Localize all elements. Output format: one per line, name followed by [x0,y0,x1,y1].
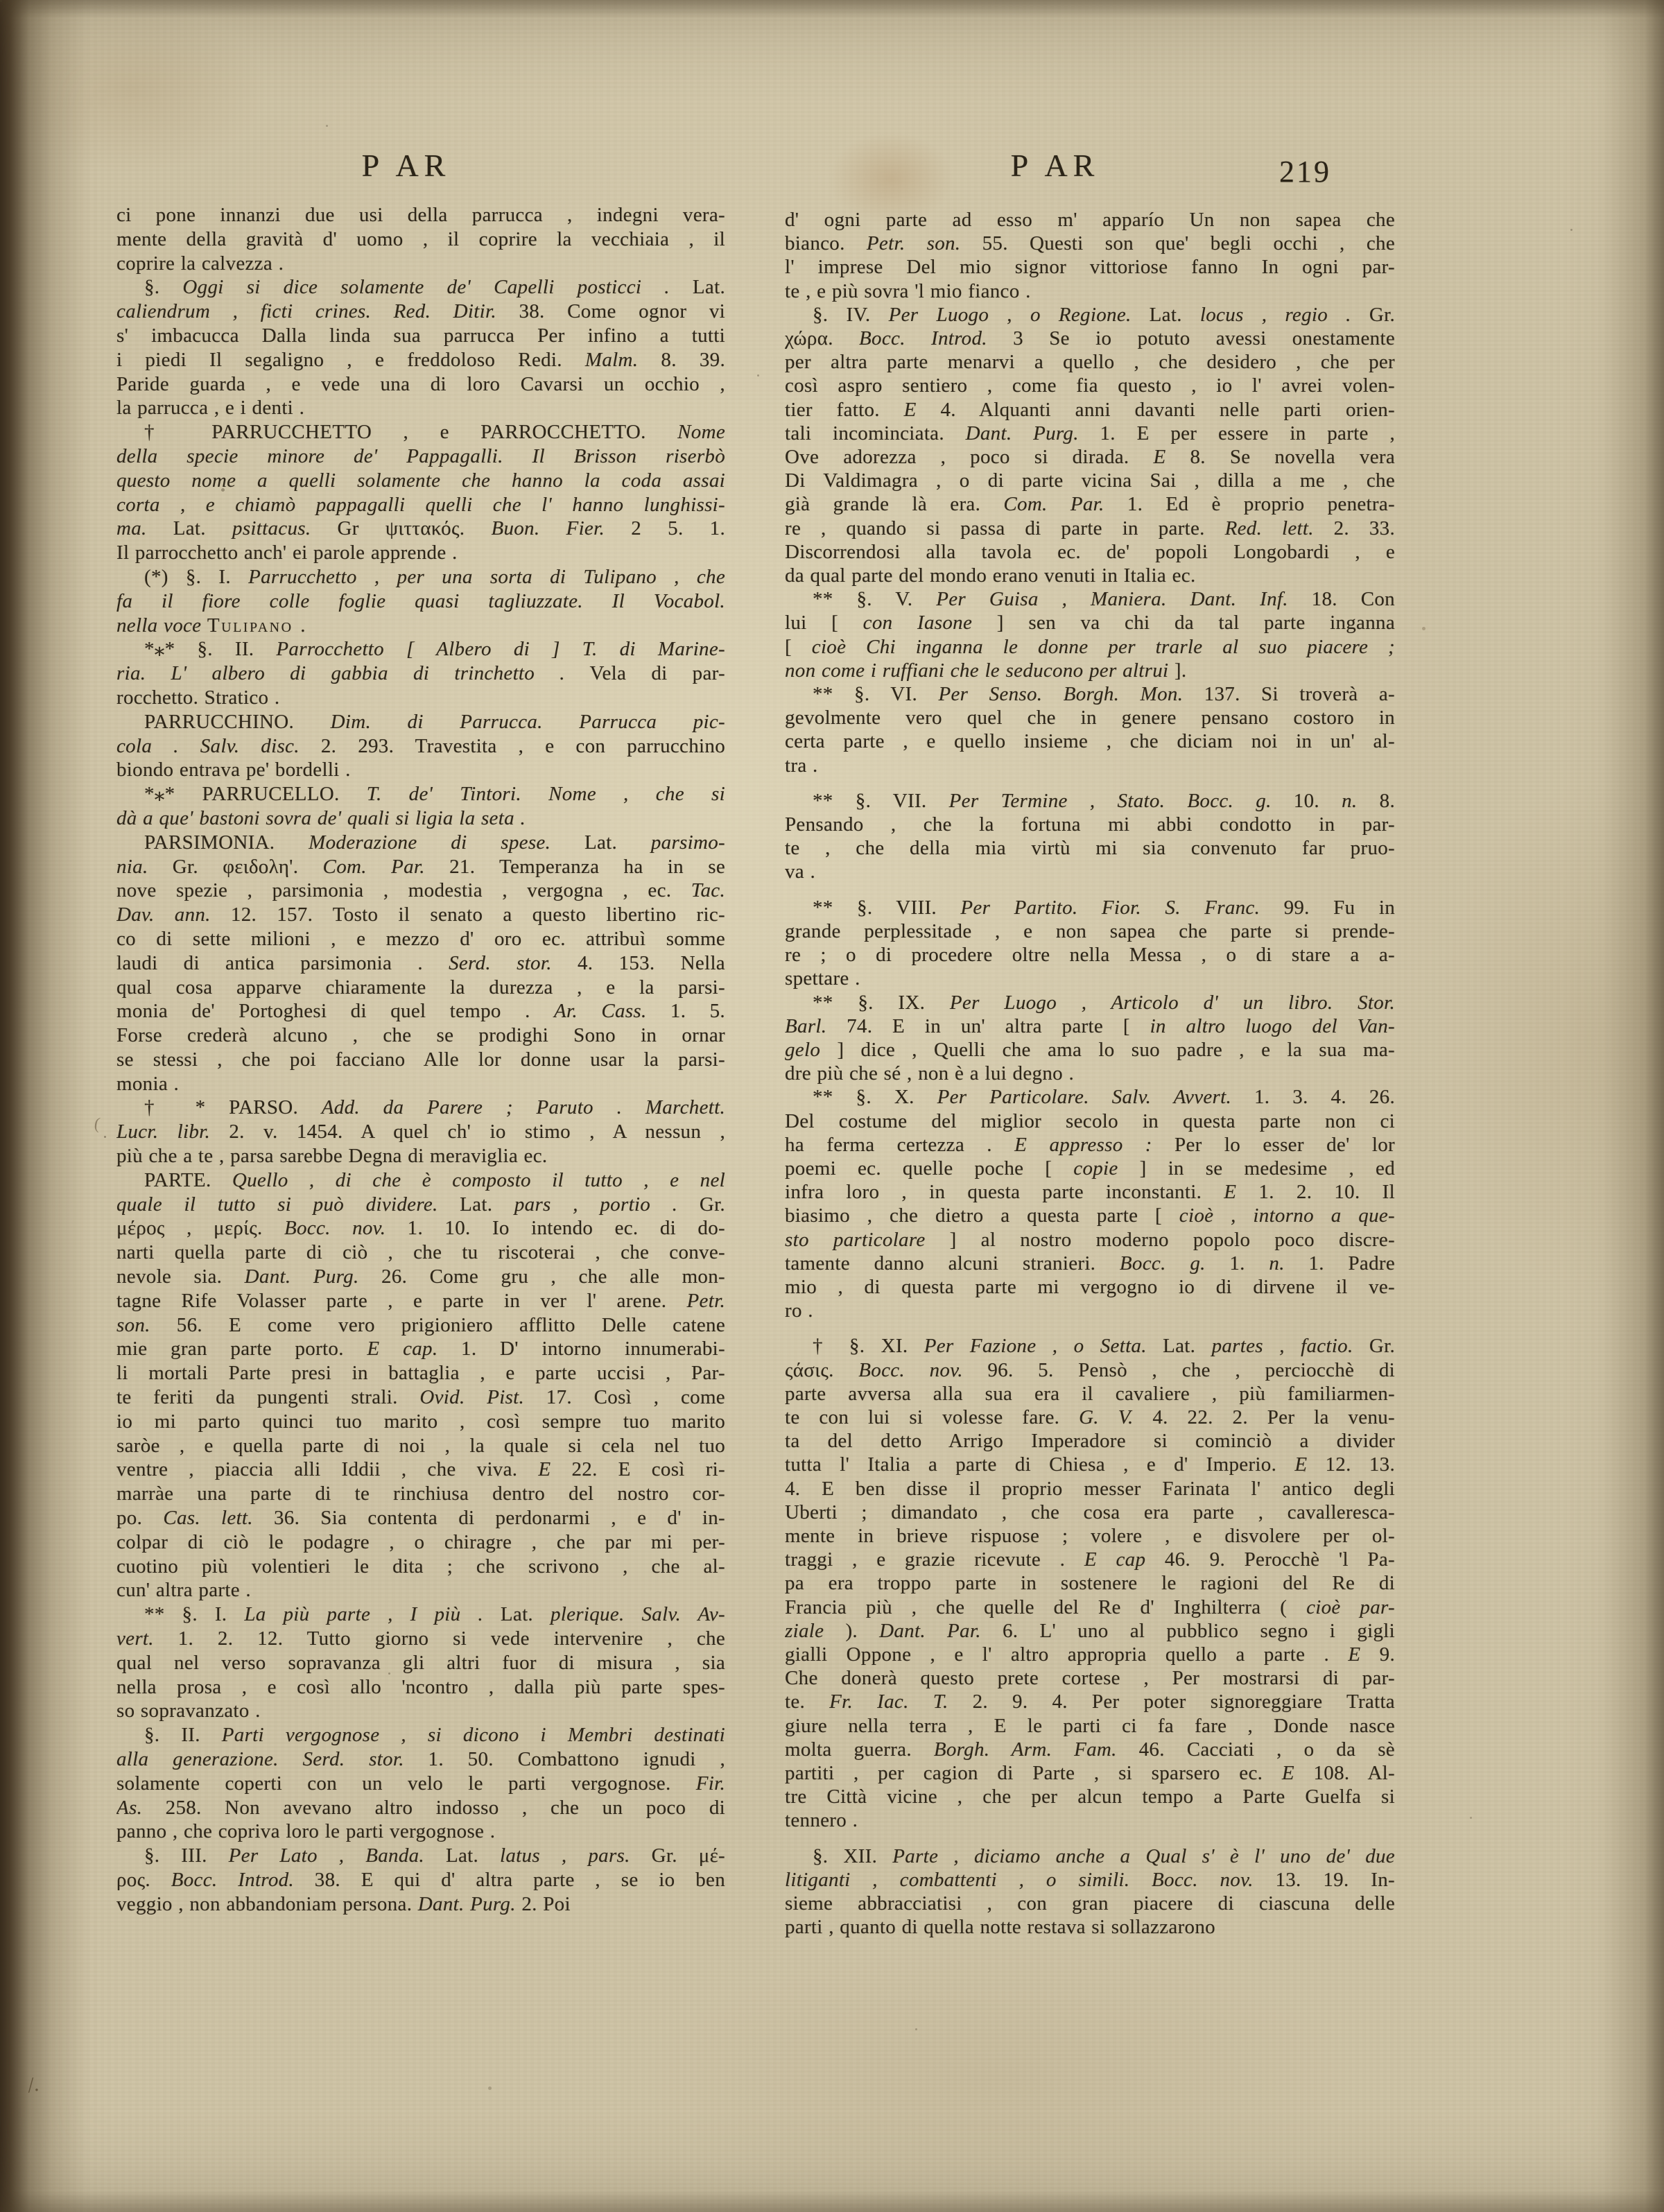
text-run: po. [116,1507,163,1529]
text-run: s' imbacucca Dalla linda sua parrucca Pe… [116,325,725,347]
text-run: Del costume del miglior secolo in questa… [785,1110,1395,1132]
text-run: Per Particolare. Salv. Avvert. [937,1086,1231,1108]
text-run: Lat. [483,1603,551,1625]
text-line: PARSIMONIA. Moderazione di spese. Lat. p… [116,831,725,855]
text-run: Ar. Cass. [554,1000,646,1022]
text-line: nella voce Tulipano . [116,614,725,638]
text-line: parti , quanto di quella notte restava s… [785,1915,1395,1939]
text-run: Parrucchetto , per una sorta di Tulipano… [248,566,725,588]
text-run: i piedi Il segaligno , e freddoloso Redi… [116,349,585,371]
text-run: nove spezie , parsimonia , modestia , ve… [116,879,691,901]
text-run: narti quella parte di ciò , che tu risco… [116,1241,725,1263]
text-line: *⁎* §. II. Parrocchetto [ Albero di ] T.… [116,637,725,662]
text-run: 46. Cacciati , o da sè [1117,1738,1395,1761]
text-run: Lat. [424,1844,500,1867]
text-run: ** §. VII. [813,790,949,812]
text-run: da qual parte del mondo erano venuti in … [785,564,1196,587]
text-line: io mi parto quinci tuo marito , così sem… [116,1410,725,1434]
text-line: tutta l' Italia a parte di Chiesa , e d'… [785,1453,1395,1476]
text-line: ventre , piaccia alli Iddii , che viva. … [116,1458,725,1482]
text-run: ** §. X. [813,1086,937,1108]
text-run: Bocc. Introd. [859,327,987,349]
text-line: ** §. I. La più parte , I più . Lat. ple… [116,1602,725,1627]
text-run: traggi , e grazie ricevute . [785,1548,1084,1571]
text-run: 38. Come ognor vi [496,300,725,322]
text-run: sto particolare [785,1229,926,1251]
text-run: PARRUCCHINO. [144,711,331,733]
text-line: co di sette milioni , e mezzo d' oro ec.… [116,927,725,951]
text-line: dre più che sé , non è a lui degno . [785,1062,1395,1085]
text-run: *⁎* PARRUCELLO. [144,783,367,805]
text-line: ha ferma certezza . E appresso : Per lo … [785,1133,1395,1157]
text-run: marràe una parte di te rinchiusa dentro … [116,1483,725,1505]
text-line: monia . [116,1072,725,1096]
text-run: li mortali Parte presi in battaglia , e … [116,1362,725,1384]
text-line: più che a te , parsa sarebbe Degna di me… [116,1144,725,1168]
text-run: Barl. [785,1015,826,1037]
text-line: alla generazione. Serd. stor. 1. 50. Com… [116,1747,725,1772]
text-run: Gr. φειδολη'. [148,856,323,878]
text-line: Discorrendosi alla tavola ec. de' popoli… [785,540,1395,564]
text-run: n. [1342,790,1357,812]
text-run: cola . Salv. disc. [116,735,300,757]
text-line: tagne Rife Volasser parte , e parte in v… [116,1289,725,1313]
text-line: grande perplessitade , e non sapea che p… [785,919,1395,943]
text-run: re ; o di procedere oltre nella Messa , … [785,944,1395,966]
text-line: litiganti , combattenti , o simili. Bocc… [785,1868,1395,1892]
text-run: re , quando si passa di parte in parte. [785,517,1225,539]
text-run: certa parte , e quello insieme , che dic… [785,730,1395,752]
text-run: §. IV. [813,304,889,326]
text-line: tier fatto. E 4. Alquanti anni davanti n… [785,398,1395,422]
text-run: Di Valdimagra , o di parte vicina Sai , … [785,469,1395,492]
text-line: coprire la calvezza . [116,252,725,276]
text-line: Uberti ; dimandato , che cosa era parte … [785,1501,1395,1524]
text-run: Nome [677,421,725,443]
text-line: μέρος , μερίς. Bocc. nov. 1. 10. Io inte… [116,1216,725,1241]
text-line: non come i ruffiani che le seducono per … [785,659,1395,682]
text-line: † §. XI. Per Fazione , o Setta. Lat. par… [785,1334,1395,1358]
text-run: 4. 153. Nella [552,952,725,974]
text-run: 96. 5. Pensò , che , perciocchè di [963,1359,1395,1381]
text-line: rocchetto. Stratico . [116,686,725,710]
text-run: 137. Si troverà a- [1183,683,1395,705]
text-run: mente della gravità d' uomo , il coprire… [116,228,725,250]
text-run: Francia più , che quelle del Re d' Inghi… [785,1596,1306,1618]
text-line: Forse crederà alcuno , che se prodighi S… [116,1023,725,1048]
text-run: ] sen va chi da tal parte inganna [972,612,1395,634]
text-line: spettare . [785,967,1395,990]
text-run: 1. 3. 4. 26. [1231,1086,1395,1108]
text-line: Ove adorezza , poco si dirada. E 8. Se n… [785,445,1395,469]
text-run: † PARRUCCHETTO , e PARROCCHETTO. [144,421,677,443]
text-run: Vela di par- [565,662,725,684]
text-line: biasimo , che dietro a questa parte [ ci… [785,1204,1395,1227]
text-line: ro . [785,1299,1395,1322]
text-line: po. Cas. lett. 36. Sia contenta di perdo… [116,1506,725,1530]
text-run: [ [785,636,812,658]
text-run: 2. v. 1454. A quel ch' io stimo , A ness… [210,1121,725,1143]
text-run: Lucr. libr. [116,1121,210,1143]
text-run: Dant. Purg. [418,1893,516,1915]
text-run: tutta l' Italia a parte di Chiesa , e d'… [785,1453,1294,1476]
text-line: da qual parte del mondo erano venuti in … [785,564,1395,587]
text-run: Per Partito. Fior. S. Franc. [960,897,1260,919]
text-line: mie gran parte porto. E cap. 1. D' intor… [116,1337,725,1361]
text-run: ** §. VIII. [813,897,960,919]
text-run: Lat. [551,831,651,854]
text-run: d' ogni parte ad esso m' apparío Un non … [785,209,1395,231]
text-line: questo nome a quelli solamente che hanno… [116,469,725,493]
text-line: va . [785,860,1395,883]
text-run: panno , che copriva loro le parti vergog… [116,1820,495,1842]
text-run: partes , factio. [1212,1335,1353,1357]
text-line: Lucr. libr. 2. v. 1454. A quel ch' io st… [116,1120,725,1144]
text-run: va . [785,861,815,883]
text-line: Dav. ann. 12. 157. Tosto il senato a que… [116,903,725,927]
text-line: PARTE. Quello , di che è composto il tut… [116,1168,725,1193]
text-run: cuotino più volentieri le dita ; che scr… [116,1555,725,1578]
text-run: 1. D' intorno innumerabi- [437,1338,725,1360]
text-line: d' ogni parte ad esso m' apparío Un non … [785,208,1395,232]
text-run: 17. Così , come [524,1386,725,1408]
text-line: nia. Gr. φειδολη'. Com. Par. 21. Tempera… [116,855,725,879]
text-run: 36. Sia contenta di perdonarmi , e d' in… [253,1507,725,1529]
text-run: *⁎* §. II. [144,638,276,660]
text-run: Serd. stor. [449,952,552,974]
text-run: della specie minore de' Pappagalli. Il B… [116,445,725,467]
text-run: G. V. [1079,1406,1133,1428]
text-line: veggio , non abbandoniam persona. Dant. … [116,1892,725,1917]
text-run: tier fatto. [785,399,904,421]
text-run: Per Termine , Stato. Bocc. g. [949,790,1272,812]
text-line: te. Fr. Iac. T. 2. 9. 4. Per poter signo… [785,1690,1395,1713]
text-run: 2 5. 1. [605,517,725,539]
text-run: §. XII. [813,1845,892,1867]
text-run: 46. 9. Perocchè 'l Pa- [1145,1548,1395,1571]
text-run: Dav. ann. [116,904,211,926]
text-run: 1. 2. 12. Tutto giorno si vede interveni… [154,1627,725,1650]
text-run: Gr. [1353,1335,1396,1357]
text-run: 3 Se io potuto avessi onestamente [987,327,1395,349]
text-run: E [538,1458,551,1480]
text-run: locus , regio . [1200,304,1351,326]
text-run: nella prosa , e così allo 'ncontro , dal… [116,1676,725,1698]
text-line: cun' altra parte . [116,1578,725,1602]
text-line: Del costume del miglior secolo in questa… [785,1109,1395,1133]
text-run: ria. L' albero di gabbia di trinchetto . [116,662,565,684]
running-head-right: P AR [958,147,1152,186]
text-run: Lat. [1147,1335,1212,1357]
text-run: dre più che sé , non è a lui degno . [785,1062,1074,1085]
text-run: 4. E ben disse il proprio messer Farinat… [785,1478,1395,1500]
text-run: Parte , diciamo anche a Qual s' è l' uno… [892,1845,1395,1867]
text-run: ]. [1168,659,1186,682]
text-run: rocchetto. Stratico . [116,686,279,709]
text-run: così aspro sentiero , come fia questo , … [785,374,1395,397]
text-run: Dant. Par. [879,1620,981,1642]
text-run: gevolmente vero quel che in genere pensa… [785,707,1395,729]
text-line: so sopravanzato . [116,1699,725,1723]
text-run: χώρα. [785,327,859,349]
text-line: son. 56. E come vero prigioniero afflitt… [116,1313,725,1338]
text-run: Moderazione di spese. [309,831,551,854]
text-line: † PARRUCCHETTO , e PARROCCHETTO. Nome [116,420,725,444]
text-run: cioè Chi inganna le donne per trarle al … [812,636,1395,658]
text-run: latus , pars. [500,1844,630,1867]
text-run: E cap. [367,1338,437,1360]
text-line: saròe , e quella parte di noi , la quale… [116,1434,725,1458]
text-line: 4. E ben disse il proprio messer Farinat… [785,1477,1395,1501]
text-run: Per Luogo , o Regione. [889,304,1132,326]
text-run: 2. 293. Travestita , e con parrucchino [300,735,725,757]
text-run: fa il fiore colle foglie quasi tagliuzza… [116,590,725,612]
paper-specks [0,0,2,2]
text-run: As. [116,1797,142,1819]
text-run: † * PARSO. [144,1096,322,1118]
text-line: nove spezie , parsimonia , modestia , ve… [116,879,725,903]
text-run: Ovid. Pist. [419,1386,524,1408]
text-run: 8. Se novella vera [1166,446,1396,468]
text-line: dà a que' bastoni sovra de' quali si lig… [116,806,725,831]
text-run: 99. Fu in [1260,897,1395,919]
text-run: Per Fazione , o Setta. [924,1335,1147,1357]
text-line: Barl. 74. E in un' altra parte [ in altr… [785,1014,1395,1038]
text-run: 38. E qui d' altra parte , se io ben [294,1869,725,1891]
text-line: tennero . [785,1808,1395,1832]
text-run: E [1294,1453,1307,1476]
text-run: spettare . [785,967,860,990]
text-run: Dim. di Parrucca. Parrucca pic- [331,711,725,733]
text-line: così aspro sentiero , come fia questo , … [785,374,1395,397]
text-run: 2. Poi [516,1893,571,1915]
text-run: ro . [785,1299,813,1322]
text-run: Parrocchetto [ Albero di ] T. di Marine- [276,638,725,660]
text-run: 2. 9. 4. Per poter signoreggiare Tratta [948,1691,1395,1713]
text-run: Lat. [670,276,725,298]
text-run: Gr. [677,1193,725,1216]
text-line: cuotino più volentieri le dita ; che scr… [116,1555,725,1579]
text-run: bianco. [785,232,867,254]
text-line: nella prosa , e così allo 'ncontro , dal… [116,1675,725,1700]
text-run: solamente coperti con un velo le parti v… [116,1772,696,1795]
running-head-left: P AR [309,147,503,186]
text-run: 4. 22. 2. Per la venu- [1134,1406,1395,1428]
text-run: caliendrum , ficti crines. Red. Ditir. [116,300,496,322]
text-run: Ove adorezza , poco si dirada. [785,446,1153,468]
text-run: alla generazione. Serd. stor. [116,1748,404,1770]
text-run: nella voce [116,614,207,637]
text-run: PARSIMONIA. [144,831,309,854]
text-run: Com. Par. [1003,493,1104,515]
text-line: As. 258. Non avevano altro indosso , che… [116,1796,725,1820]
text-line: qual cosa apparve chiaramente la durezza… [116,976,725,1000]
text-run: ] al nostro moderno popolo poco discre- [926,1229,1395,1251]
text-run: μέρος , μερίς. [116,1217,284,1239]
text-line: giure nella terra , E le parti ci fa far… [785,1714,1395,1738]
text-run: monia de' Portoghesi di quel tempo . [116,1000,554,1022]
text-line: §. Oggi si dice solamente de' Capelli po… [116,275,725,300]
text-line: partiti , per cagion di Parte , si spars… [785,1761,1395,1785]
text-line: laudi di antica parsimonia . Serd. stor.… [116,951,725,976]
text-run: Paride guarda , e vede una di loro Cavar… [116,373,725,395]
text-run: 21. Temperanza ha in se [425,856,725,878]
text-line: corta , e chiamò pappagalli quelli che l… [116,493,725,517]
text-line: ** §. IX. Per Luogo , Articolo d' un lib… [785,991,1395,1014]
text-line: sieme abbracciatisi , con gran piacere d… [785,1892,1395,1915]
text-run: 1. Ed è proprio penetra- [1104,493,1395,515]
text-run: Malm. [585,349,638,371]
text-line: ta del detto Arrigo Imperadore si cominc… [785,1429,1395,1453]
text-line: te feriti da pungenti strali. Ovid. Pist… [116,1385,725,1410]
text-line: per altra parte menarvi a quello , che d… [785,350,1395,374]
text-run: questo nome a quelli solamente che hanno… [116,469,725,492]
text-line: Il parrocchetto anch' ei parole apprende… [116,541,725,565]
text-run: molta guerra. [785,1738,934,1761]
text-run: 6. L' uno al pubblico segno i gigli [981,1620,1395,1642]
page-number: 219 [1241,154,1331,189]
text-run: corta , e chiamò pappagalli quelli che l… [116,494,725,516]
text-run: (*) §. I. [144,566,248,588]
text-run: 56. E come vero prigioniero afflitto Del… [150,1314,725,1336]
text-run: tra . [785,754,818,777]
text-line: Francia più , che quelle del Re d' Inghi… [785,1596,1395,1619]
text-line: ρος. Bocc. Introd. 38. E qui d' altra pa… [116,1868,725,1892]
text-line: §. III. Per Lato , Banda. Lat. latus , p… [116,1844,725,1868]
text-run: biondo entrava pe' bordelli . [116,759,351,781]
text-run: pars , portio . [514,1193,677,1216]
text-run: Parti vergognose , si dicono i Membri de… [222,1724,725,1746]
text-run: ha ferma certezza . [785,1134,1014,1156]
text-line: gevolmente vero quel che in genere pensa… [785,706,1395,729]
text-run: cun' altra parte . [116,1579,251,1601]
text-line: Che donerà questo prete cortese , Per mo… [785,1666,1395,1690]
text-line: mente in brieve rispuose ; volere , e di… [785,1524,1395,1548]
text-line: l' imprese Del mio signor vittoriose fan… [785,255,1395,279]
text-line: caliendrum , ficti crines. Red. Ditir. 3… [116,300,725,324]
text-run: ** §. I. [144,1603,244,1625]
text-run: Lat. [1132,304,1200,326]
text-run: Fr. Iac. T. [829,1691,948,1713]
text-run: litiganti , combattenti , o simili. Bocc… [785,1869,1254,1891]
text-run: T. de' Tintori. Nome , che si [367,783,725,805]
text-line: ria. L' albero di gabbia di trinchetto .… [116,662,725,686]
text-run: cioè , intorno a que- [1179,1204,1395,1227]
text-run: io mi parto quinci tuo marito , così sem… [116,1410,725,1433]
text-run: Bocc. Introd. [171,1869,294,1891]
text-run: 1. 10. Io intendo ec. di do- [385,1217,725,1239]
text-run: ). [824,1620,879,1642]
text-line: PARRUCCHINO. Dim. di Parrucca. Parrucca … [116,710,725,734]
text-run: 12. 13. [1307,1453,1395,1476]
text-run: Per Senso. Borgh. Mon. [938,683,1183,705]
text-line: biondo entrava pe' bordelli . [116,758,725,782]
text-run: 1. 5. [647,1000,725,1022]
text-run: E [1153,446,1165,468]
text-line: χώρα. Bocc. Introd. 3 Se io potuto avess… [785,327,1395,350]
text-run: ρος. [116,1869,171,1891]
text-run: mie gran parte porto. [116,1338,367,1360]
text-line: ** §. VII. Per Termine , Stato. Bocc. g.… [785,789,1395,813]
text-run: Tulipano . [207,614,307,637]
text-run: La più parte , I più . [244,1603,483,1625]
text-run: Uberti ; dimandato , che cosa era parte … [785,1501,1395,1523]
text-run: 1. Padre [1285,1252,1395,1275]
text-run: 4. Alquanti anni davanti nelle parti ori… [917,399,1395,421]
text-run: nia. [116,856,148,878]
text-run: Add. da Parere ; Paruto . Marchett. [322,1096,725,1118]
text-run: infra loro , in questa parte inconstanti… [785,1181,1224,1203]
text-run: poemi ec. quelle poche [ [785,1157,1073,1180]
text-run: mente in brieve rispuose ; volere , e di… [785,1525,1395,1547]
text-run: E [904,399,917,421]
text-run: ** §. IX. [813,992,950,1014]
text-line: vert. 1. 2. 12. Tutto giorno si vede int… [116,1627,725,1651]
text-run: tamente danno alcuni stranieri. [785,1252,1120,1275]
text-run: Fir. [696,1772,725,1795]
text-run: Per lo esser de' lor [1152,1134,1395,1156]
text-line: mio , di questa parte mi vergogno io di … [785,1275,1395,1299]
text-line: Paride guarda , e vede una di loro Cavar… [116,372,725,397]
text-run: te , e più sovra 'l mio fianco . [785,280,1031,302]
text-line: (*) §. I. Parrucchetto , per una sorta d… [116,565,725,589]
text-run: 74. E in un' altra parte [ [826,1015,1150,1037]
text-run: giure nella terra , E le parti ci fa far… [785,1715,1395,1737]
text-run: Quello , di che è composto il tutto , e … [232,1169,725,1191]
text-line: poemi ec. quelle poche [ copie ] in se m… [785,1157,1395,1180]
text-line: Pensando , che la fortuna mi abbi condot… [785,813,1395,836]
text-run: più che a te , parsa sarebbe Degna di me… [116,1145,547,1167]
text-line: marràe una parte di te rinchiusa dentro … [116,1482,725,1506]
text-run: 10. [1272,790,1342,812]
text-run: monia . [116,1073,179,1095]
text-line: ziale ). Dant. Par. 6. L' uno al pubblic… [785,1619,1395,1643]
text-run: se stessi , che poi facciano Alle lor do… [116,1048,725,1071]
text-run: 55. Questi son que' begli occhi , che [960,232,1395,254]
text-run: con Iasone [863,612,973,634]
text-run: lui [ [785,612,863,634]
text-run: plerique. Salv. Av- [551,1603,725,1625]
text-line: tra . [785,754,1395,777]
text-run: coprire la calvezza . [116,252,284,275]
scanned-book-page: P AR P AR 219 ci pone innanzi due usi de… [0,0,1664,2212]
text-run: Discorrendosi alla tavola ec. de' popoli… [785,541,1395,563]
text-line: certa parte , e quello insieme , che dic… [785,729,1395,753]
text-run: ] dice , Quelli che ama lo suo padre , e… [820,1039,1395,1061]
text-line: gelo ] dice , Quelli che ama lo suo padr… [785,1038,1395,1062]
text-run: te con lui si volesse fare. [785,1406,1079,1428]
text-run: ci pone innanzi due usi della parrucca ,… [116,204,725,226]
text-run: ta del detto Arrigo Imperadore si cominc… [785,1430,1395,1452]
text-line: Di Valdimagra , o di parte vicina Sai , … [785,469,1395,492]
text-run: Tac. [691,879,725,901]
text-run: ziale [785,1620,824,1642]
text-run: Bocc. nov. [284,1217,385,1239]
text-line: §. IV. Per Luogo , o Regione. Lat. locus… [785,303,1395,327]
text-run: Lat. [438,1193,514,1216]
text-line: ma. Lat. psittacus. Gr ψιττακός. Buon. F… [116,517,725,541]
text-run: biasimo , che dietro a questa parte [ [785,1204,1179,1227]
text-run: dà a que' bastoni sovra de' quali si lig… [116,807,526,829]
text-run: n. [1269,1252,1284,1275]
text-run: pa era troppo parte in sostenere le ragi… [785,1572,1395,1594]
text-line: gialli Oppone , e l' altro appropria que… [785,1643,1395,1666]
text-run: la parrucca , e i denti . [116,397,304,419]
text-run: Che donerà questo prete cortese , Per mo… [785,1667,1395,1689]
text-run: Borgh. Arm. Fam. [934,1738,1117,1761]
text-run: tre Città vicine , che per alcun tempo a… [785,1786,1395,1808]
text-column-left: ci pone innanzi due usi della parrucca ,… [116,203,725,1917]
